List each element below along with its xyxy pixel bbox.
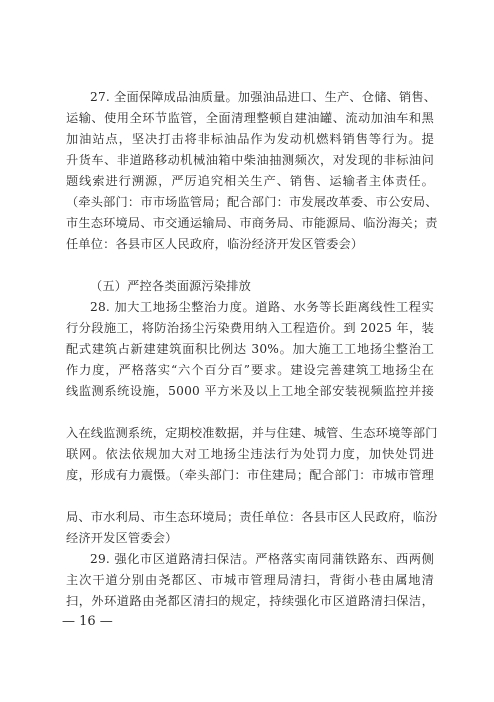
text-line: 局、市水利局、市生态环境局；责任单位：各县市区人民政府，临汾 [66, 509, 434, 525]
text-line: 经济开发区管委会） [66, 530, 434, 546]
text-line: 27. 全面保障成品油质量。加强油品进口、生产、仓储、销售、 [90, 89, 434, 105]
text-line: 扫，外环道路由尧都区清扫的规定，持续强化市区道路清扫保洁， [66, 593, 434, 609]
section-heading: （五）严控各类面源污染排放 [90, 278, 434, 294]
text-line: 升货车、非道路移动机械油箱中柴油抽测频次，对发现的非标油问 [66, 152, 434, 168]
text-line: 度，形成有力震慑。（牵头部门：市住建局；配合部门：市城市管理 [66, 467, 434, 483]
text-line: 入在线监测系统，定期校准数据，并与住建、城管、生态环境等部门 [66, 425, 434, 441]
text-line: 29. 强化市区道路清扫保洁。严格落实南同蒲铁路东、西两侧 [90, 551, 434, 567]
text-line: 主次干道分别由尧都区、市城市管理局清扫，背街小巷由属地清 [66, 572, 434, 588]
text-line: 行分段施工，将防治扬尘污染费用纳入工程造价。到 2025 年，装 [66, 320, 434, 336]
text-line: （牵头部门：市市场监管局；配合部门：市发展改革委、市公安局、 [66, 194, 434, 210]
text-line: 题线索进行溯源，严厉追究相关生产、销售、运输者主体责任。 [66, 173, 434, 189]
text-line: 线监测系统设施，5000 平方米及以上工地全部安装视频监控并接 [66, 383, 434, 399]
text-line: 任单位：各县市区人民政府，临汾经济开发区管委会） [66, 236, 434, 252]
text-line: 作力度，严格落实“六个百分百”要求。建设完善建筑工地扬尘在 [66, 362, 434, 378]
text-line: 市生态环境局、市交通运输局、市商务局、市能源局、临汾海关；责 [66, 215, 434, 231]
document-page: 27. 全面保障成品油质量。加强油品进口、生产、仓储、销售、 运输、使用全环节监… [0, 0, 494, 702]
text-line: 28. 加大工地扬尘整治力度。道路、水务等长距离线性工程实 [90, 299, 434, 315]
page-number: — 16 — [62, 614, 113, 629]
text-line: 运输、使用全环节监管，全面清理整顿自建油罐、流动加油车和黑 [66, 110, 434, 126]
text-line: 联网。依法依规加大对工地扬尘违法行为处罚力度，加快处罚进 [66, 446, 434, 462]
text-line: 配式建筑占新建建筑面积比例达 30%。加大施工工地扬尘整治工 [66, 341, 434, 357]
text-line: 加油站点，坚决打击将非标油品作为发动机燃料销售等行为。提 [66, 131, 434, 147]
